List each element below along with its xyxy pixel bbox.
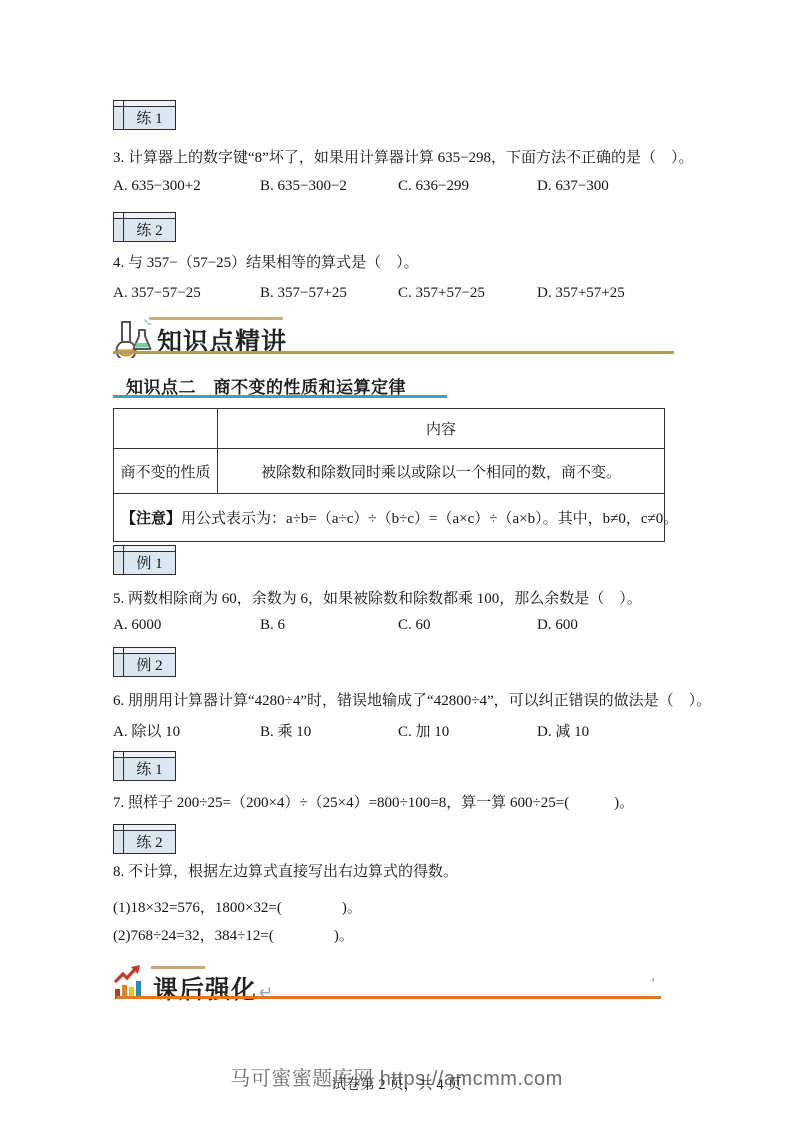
q5-option-b: B. 6 [260, 617, 285, 634]
gold-divider-line [113, 351, 674, 354]
table-note-row: 【注意】用公式表示为：a÷b=（a÷c）÷（b÷c）=（a×c）÷（a×b）。其… [114, 493, 664, 541]
table-header-content: 内容 [218, 409, 664, 448]
q5-option-d: D. 600 [537, 617, 578, 634]
q4-option-b: B. 357−57+25 [260, 285, 347, 302]
q6-option-d: D. 减 10 [537, 720, 589, 741]
question-5-options: A. 6000 B. 6 C. 60 D. 600 [113, 617, 678, 637]
badge-practice-1b: 练 1 [113, 751, 176, 781]
homework-title-text: 课后强化 [153, 976, 257, 1004]
badge-practice-2: 练 2 [113, 212, 176, 242]
q5-option-a: A. 6000 [113, 617, 161, 634]
q6-option-c: C. 加 10 [398, 720, 449, 741]
question-5-text: 5. 两数相除商为 60，余数为 6，如果被除数和除数都乘 100，那么余数是（… [113, 587, 642, 608]
homework-section-title: 课后强化↵ [153, 970, 274, 1006]
question-8-part-2: (2)768÷24=32，384÷12=( )。 [113, 924, 354, 945]
gold-accent-line-top [150, 317, 283, 320]
badge-label: 例 1 [124, 551, 175, 574]
badge-label: 练 1 [124, 106, 175, 129]
orange-divider-line [116, 996, 661, 999]
table-empty-header-cell [114, 409, 218, 448]
question-3-text: 3. 计算器上的数字键“8”坏了，如果用计算器计算 635−298，下面方法不正… [113, 146, 694, 167]
badge-practice-1: 练 1 [113, 100, 176, 130]
question-4-options: A. 357−57−25 B. 357−57+25 C. 357+57−25 D… [113, 285, 678, 305]
knowledge-table: 内容 商不变的性质 被除数和除数同时乘以或除以一个相同的数，商不变。 【注意】用… [113, 408, 665, 542]
table-note-text: 用公式表示为：a÷b=（a÷c）÷（b÷c）=（a×c）÷（a×b）。其中，b≠… [181, 507, 678, 528]
badge-label: 练 2 [124, 218, 175, 241]
worksheet-page: 练 1 3. 计算器上的数字键“8”坏了，如果用计算器计算 635−298，下面… [0, 0, 793, 1122]
table-note-label: 【注意】 [121, 507, 181, 528]
q3-option-b: B. 635−300−2 [260, 178, 347, 195]
footer-page-number: 试卷第 2 页，共 4 页 [0, 1073, 793, 1094]
paragraph-return-mark: ↵ [259, 983, 274, 1002]
q3-option-a: A. 635−300+2 [113, 178, 201, 195]
q6-option-b: B. 乘 10 [260, 720, 311, 741]
question-8-part-1: (1)18×32=576，1800×32=( )。 [113, 896, 362, 917]
table-header-row: 内容 [114, 409, 664, 448]
blue-underline [113, 395, 447, 398]
table-row-content: 被除数和除数同时乘以或除以一个相同的数，商不变。 [218, 449, 664, 493]
q3-option-d: D. 637−300 [537, 178, 609, 195]
table-row-label: 商不变的性质 [114, 449, 218, 493]
badge-label: 练 1 [124, 757, 175, 780]
q6-option-a: A. 除以 10 [113, 720, 180, 741]
q5-option-c: C. 60 [398, 617, 431, 634]
question-4-text: 4. 与 357−（57−25）结果相等的算式是（ ）。 [113, 251, 419, 272]
question-3-options: A. 635−300+2 B. 635−300−2 C. 636−299 D. … [113, 178, 678, 198]
tan-accent-line-top [151, 966, 205, 969]
question-6-options: A. 除以 10 B. 乘 10 C. 加 10 D. 减 10 [113, 720, 678, 740]
badge-practice-2b: 练 2 [113, 824, 176, 854]
badge-label: 例 2 [124, 653, 175, 676]
question-8-text: 8. 不计算，根据左边算式直接写出右边算式的得数。 [113, 860, 458, 881]
badge-example-1: 例 1 [113, 545, 176, 575]
q4-option-c: C. 357+57−25 [398, 285, 485, 302]
question-7-text: 7. 照样子 200÷25=（200×4）÷（25×4）=800÷100=8，算… [113, 791, 634, 812]
stray-apostrophe-mark: ' [652, 975, 654, 991]
badge-example-2: 例 2 [113, 647, 176, 677]
q4-option-d: D. 357+57+25 [537, 285, 625, 302]
table-property-row: 商不变的性质 被除数和除数同时乘以或除以一个相同的数，商不变。 [114, 448, 664, 493]
badge-label: 练 2 [124, 830, 175, 853]
q4-option-a: A. 357−57−25 [113, 285, 201, 302]
question-6-text: 6. 朋朋用计算器计算“4280÷4”时，错误地输成了“42800÷4”，可以纠… [113, 689, 711, 710]
q3-option-c: C. 636−299 [398, 178, 469, 195]
